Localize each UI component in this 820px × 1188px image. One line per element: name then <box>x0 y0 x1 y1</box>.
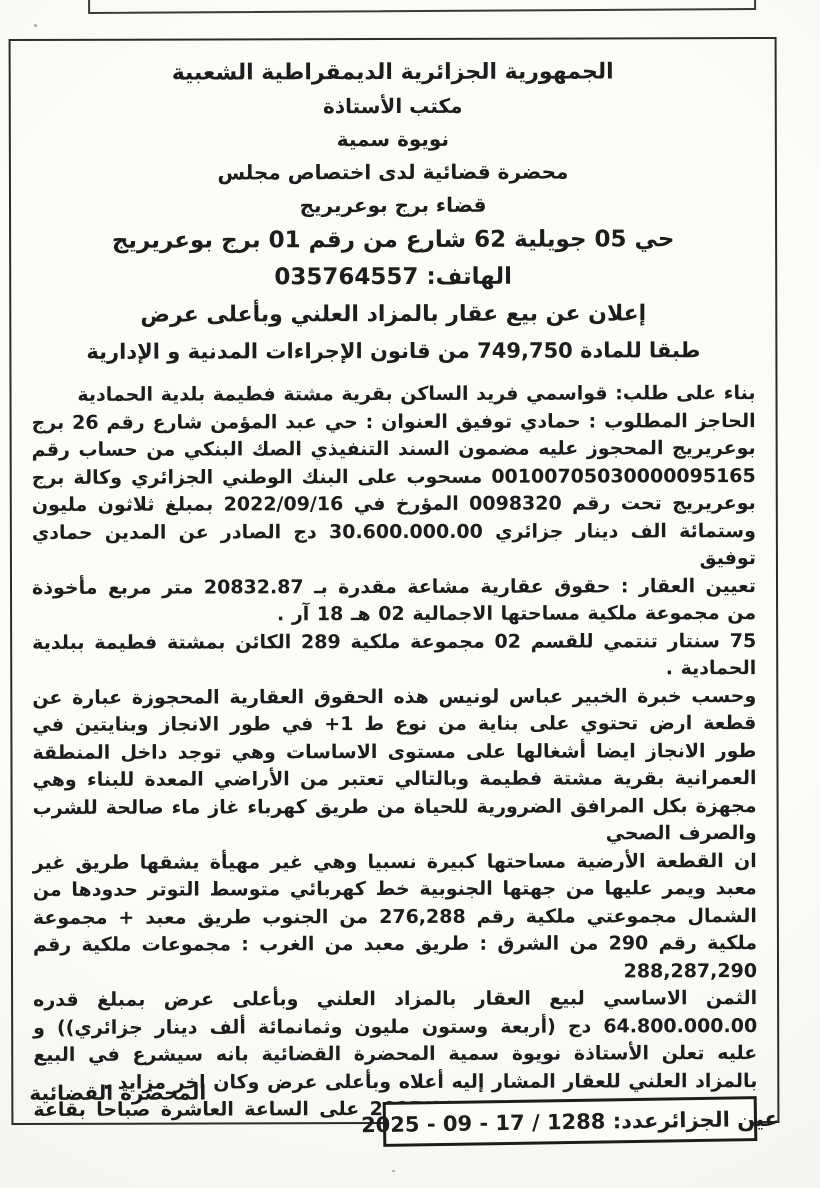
court-line: قضاء برج بوعريريج <box>31 188 755 223</box>
scan-speck <box>34 24 37 27</box>
expert-report-paragraph: وحسب خبرة الخبير عباس لونيس هذه الحقوق ا… <box>32 683 756 850</box>
section-area-paragraph: 75 سنتار تنتمي للقسم 02 مجموعة ملكية 289… <box>32 628 756 685</box>
property-designation-paragraph: تعيين العقار : حقوق عقارية مشاعة مقدرة ب… <box>32 573 756 630</box>
notice-subtitle: طبقا للمادة 749,750 من قانون الإجراءات ا… <box>31 332 755 370</box>
republic-title: الجمهورية الجزائرية الديمقراطية الشعبية <box>31 55 755 91</box>
bailiff-name: نويوة سمية <box>31 122 755 157</box>
phone-line: الهاتف: 035764557 <box>31 258 755 297</box>
notice-header: الجمهورية الجزائرية الديمقراطية الشعبية … <box>31 55 756 370</box>
previous-notice-box-edge <box>88 0 756 14</box>
scan-speck <box>392 1170 395 1172</box>
notice-body: بناء على طلب: قواسمي فريد الساكن بقرية م… <box>31 380 757 1125</box>
bailiff-signature-label: المحضرة القضائية <box>29 1080 206 1104</box>
office-line: مكتب الأستاذة <box>31 89 755 124</box>
land-description-paragraph: ان القطعة الأرضية مساحتها كبيرة نسبيا وه… <box>33 848 757 987</box>
seized-party-paragraph: الحاجز المطلوب : حمادي توفيق العنوان : ح… <box>32 408 756 575</box>
notice-title: إعلان عن بيع عقار بالمزاد العلني وبأعلى … <box>31 295 755 334</box>
bailiff-role-line: محضرة قضائية لدى اختصاص مجلس <box>31 155 755 190</box>
notice-document-frame: الجمهورية الجزائرية الديمقراطية الشعبية … <box>9 37 780 1125</box>
newspaper-issue-stamp: عين الجزائرعدد: 1288 / 17 - 09 - 2025 <box>383 1096 758 1147</box>
issue-stamp-text: عين الجزائرعدد: 1288 / 17 - 09 - 2025 <box>361 1106 779 1137</box>
office-address-line: حي 05 جويلية 62 شارع من رقم 01 برج بوعري… <box>31 221 755 260</box>
request-line: بناء على طلب: قواسمي فريد الساكن بقرية م… <box>31 380 755 409</box>
